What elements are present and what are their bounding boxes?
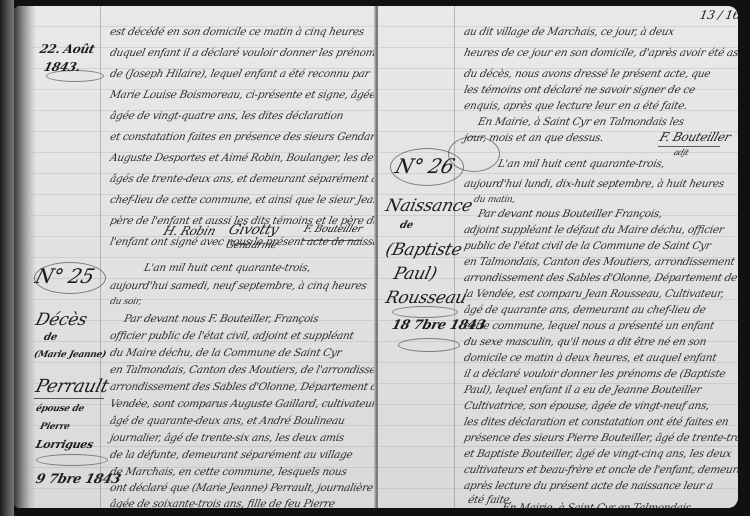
- left-page: 22. Août 1843. est décédé en son domicil…: [14, 6, 376, 508]
- text-line: de (Joseph Hilaire), lequel enfant a été…: [108, 64, 372, 85]
- text-line: au dit village de Marchais, ce jour, à d…: [462, 22, 676, 43]
- text-line: âgée de soixante-trois ans, fille de feu…: [108, 494, 337, 508]
- text-line: et constatation faites en présence des s…: [108, 127, 376, 148]
- signature-bouteiller: F. Bouteiller: [302, 224, 363, 235]
- entry-of: de: [399, 220, 415, 231]
- spouse-name: Pierre: [39, 422, 71, 432]
- spouse-surname: Lorrigues: [34, 438, 94, 451]
- text-line: est décédé en son domicile ce matin à ci…: [108, 22, 366, 43]
- text-line: âgés de trente-deux ans, et demeurant sé…: [108, 169, 376, 190]
- signature-givotty: Givotty: [226, 222, 280, 238]
- text-line: Marie Louise Boismoreau, ci-présente et …: [108, 85, 376, 106]
- entry-type: Naissance: [384, 196, 475, 216]
- text-line: aujourd'hui samedi, neuf septembre, à ci…: [108, 276, 369, 297]
- text-line: En Mairie, à Saint Cyr en Talmondais: [500, 498, 693, 508]
- signature-underline: [658, 146, 720, 147]
- text-line: L'an mil huit cent quarante-trois,: [496, 154, 667, 175]
- text-line: Auguste Desportes et Aimé Robin, Boulang…: [108, 148, 376, 169]
- flourish: [36, 454, 108, 466]
- right-page: 13 / 163 au dit village de Marchais, ce …: [378, 6, 738, 508]
- margin-date-line1: 22. Août: [38, 42, 96, 56]
- flourish: [46, 70, 104, 82]
- entry-first-names: (Marie Jeanne): [33, 350, 107, 360]
- entry-first-names-2: Paul): [392, 264, 439, 284]
- entry-surname: Perrault: [33, 376, 110, 397]
- text-line: chef-lieu de cette commune, et ainsi que…: [108, 190, 376, 211]
- book-cover-edge: [0, 0, 14, 516]
- initial-flourish: [448, 136, 500, 172]
- folio-number: 13 / 163: [699, 8, 738, 22]
- flourish: [398, 338, 460, 352]
- entry-type: Décès: [34, 310, 89, 330]
- text-line: duquel enfant il a déclaré vouloir donne…: [108, 43, 376, 64]
- signature-title: adjt: [673, 148, 690, 157]
- signature-gendarme: Gendarme: [224, 240, 278, 251]
- entry-of: de: [43, 332, 59, 343]
- spouse-note: épouse de: [35, 404, 85, 414]
- entry-first-names: (Baptiste: [384, 240, 464, 260]
- scanned-register-spread: 22. Août 1843. est décédé en son domicil…: [0, 0, 750, 516]
- signature-bouteiller: F. Bouteiller: [658, 130, 733, 144]
- entry-number: N° 25: [33, 264, 98, 288]
- signature-underline: [302, 240, 362, 241]
- flourish: [392, 306, 458, 318]
- text-line: heures de ce jour en son domicile, d'apr…: [462, 43, 738, 64]
- binding-shadow: [14, 6, 36, 508]
- text-line: âgée de vingt-quatre ans, les dites décl…: [108, 106, 345, 127]
- signature-robin: H. Robin: [162, 224, 218, 238]
- margin-rule: [100, 6, 101, 508]
- surname-underline: [34, 398, 104, 399]
- entry-surname: Rousseau: [384, 288, 469, 308]
